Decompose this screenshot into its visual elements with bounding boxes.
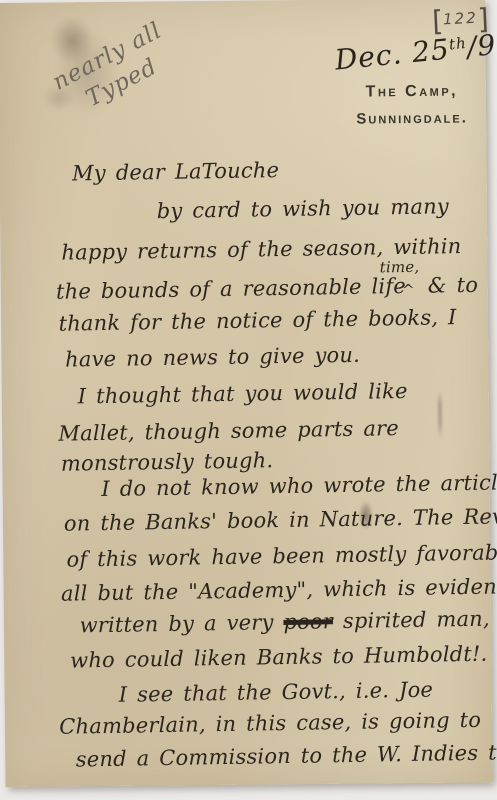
letter-line: on the Banks' book in Nature. The Review… [64, 504, 497, 536]
letter-line: I thought that you would like [78, 379, 408, 408]
letter-line: I do not know who wrote the article [101, 470, 497, 501]
letter-line: all but the "Academy", which is evidentl… [61, 574, 497, 606]
letter-page: nearly all Typed [122] Dec. 25th/95 The … [0, 0, 493, 787]
letter-line: by card to wish you many [157, 194, 450, 223]
scan-background: { "document": { "pencil_note": { "line1"… [0, 0, 497, 800]
letter-line: I see that the Govt., i.e. Joe [119, 678, 434, 707]
letter-line: of this work have been mostly favorable, [66, 540, 497, 572]
letter-line: the bounds of a reasonable lifetime,^ & … [56, 273, 478, 304]
letter-line: send a Commission to the W. Indies to [76, 740, 497, 771]
line-text: & to [418, 273, 479, 298]
line-text: the bounds of a reasonable life [56, 274, 406, 304]
letter-line: monstrously tough. [61, 448, 274, 476]
salutation: My dear LaTouche [72, 158, 279, 185]
line-text: spirited man, [333, 607, 490, 634]
letter-line: who could liken Banks to Humboldt!. [70, 642, 488, 673]
letter-line: Mallet, though some parts are [58, 416, 399, 446]
line-text: written by a very [79, 610, 283, 637]
letter-body: My dear LaTouche by card to wish you man… [0, 0, 495, 789]
letter-line: thank for the notice of the books, I [58, 305, 456, 336]
letter-line: have no news to give you. [65, 343, 360, 372]
caret-mark: ^ [402, 281, 415, 299]
insertion-text: time, [379, 258, 419, 277]
letter-line: Chamberlain, in this case, is going to [59, 708, 481, 739]
struck-out-word: poor [283, 609, 333, 634]
letter-line: written by a very poor spirited man, [79, 607, 490, 638]
